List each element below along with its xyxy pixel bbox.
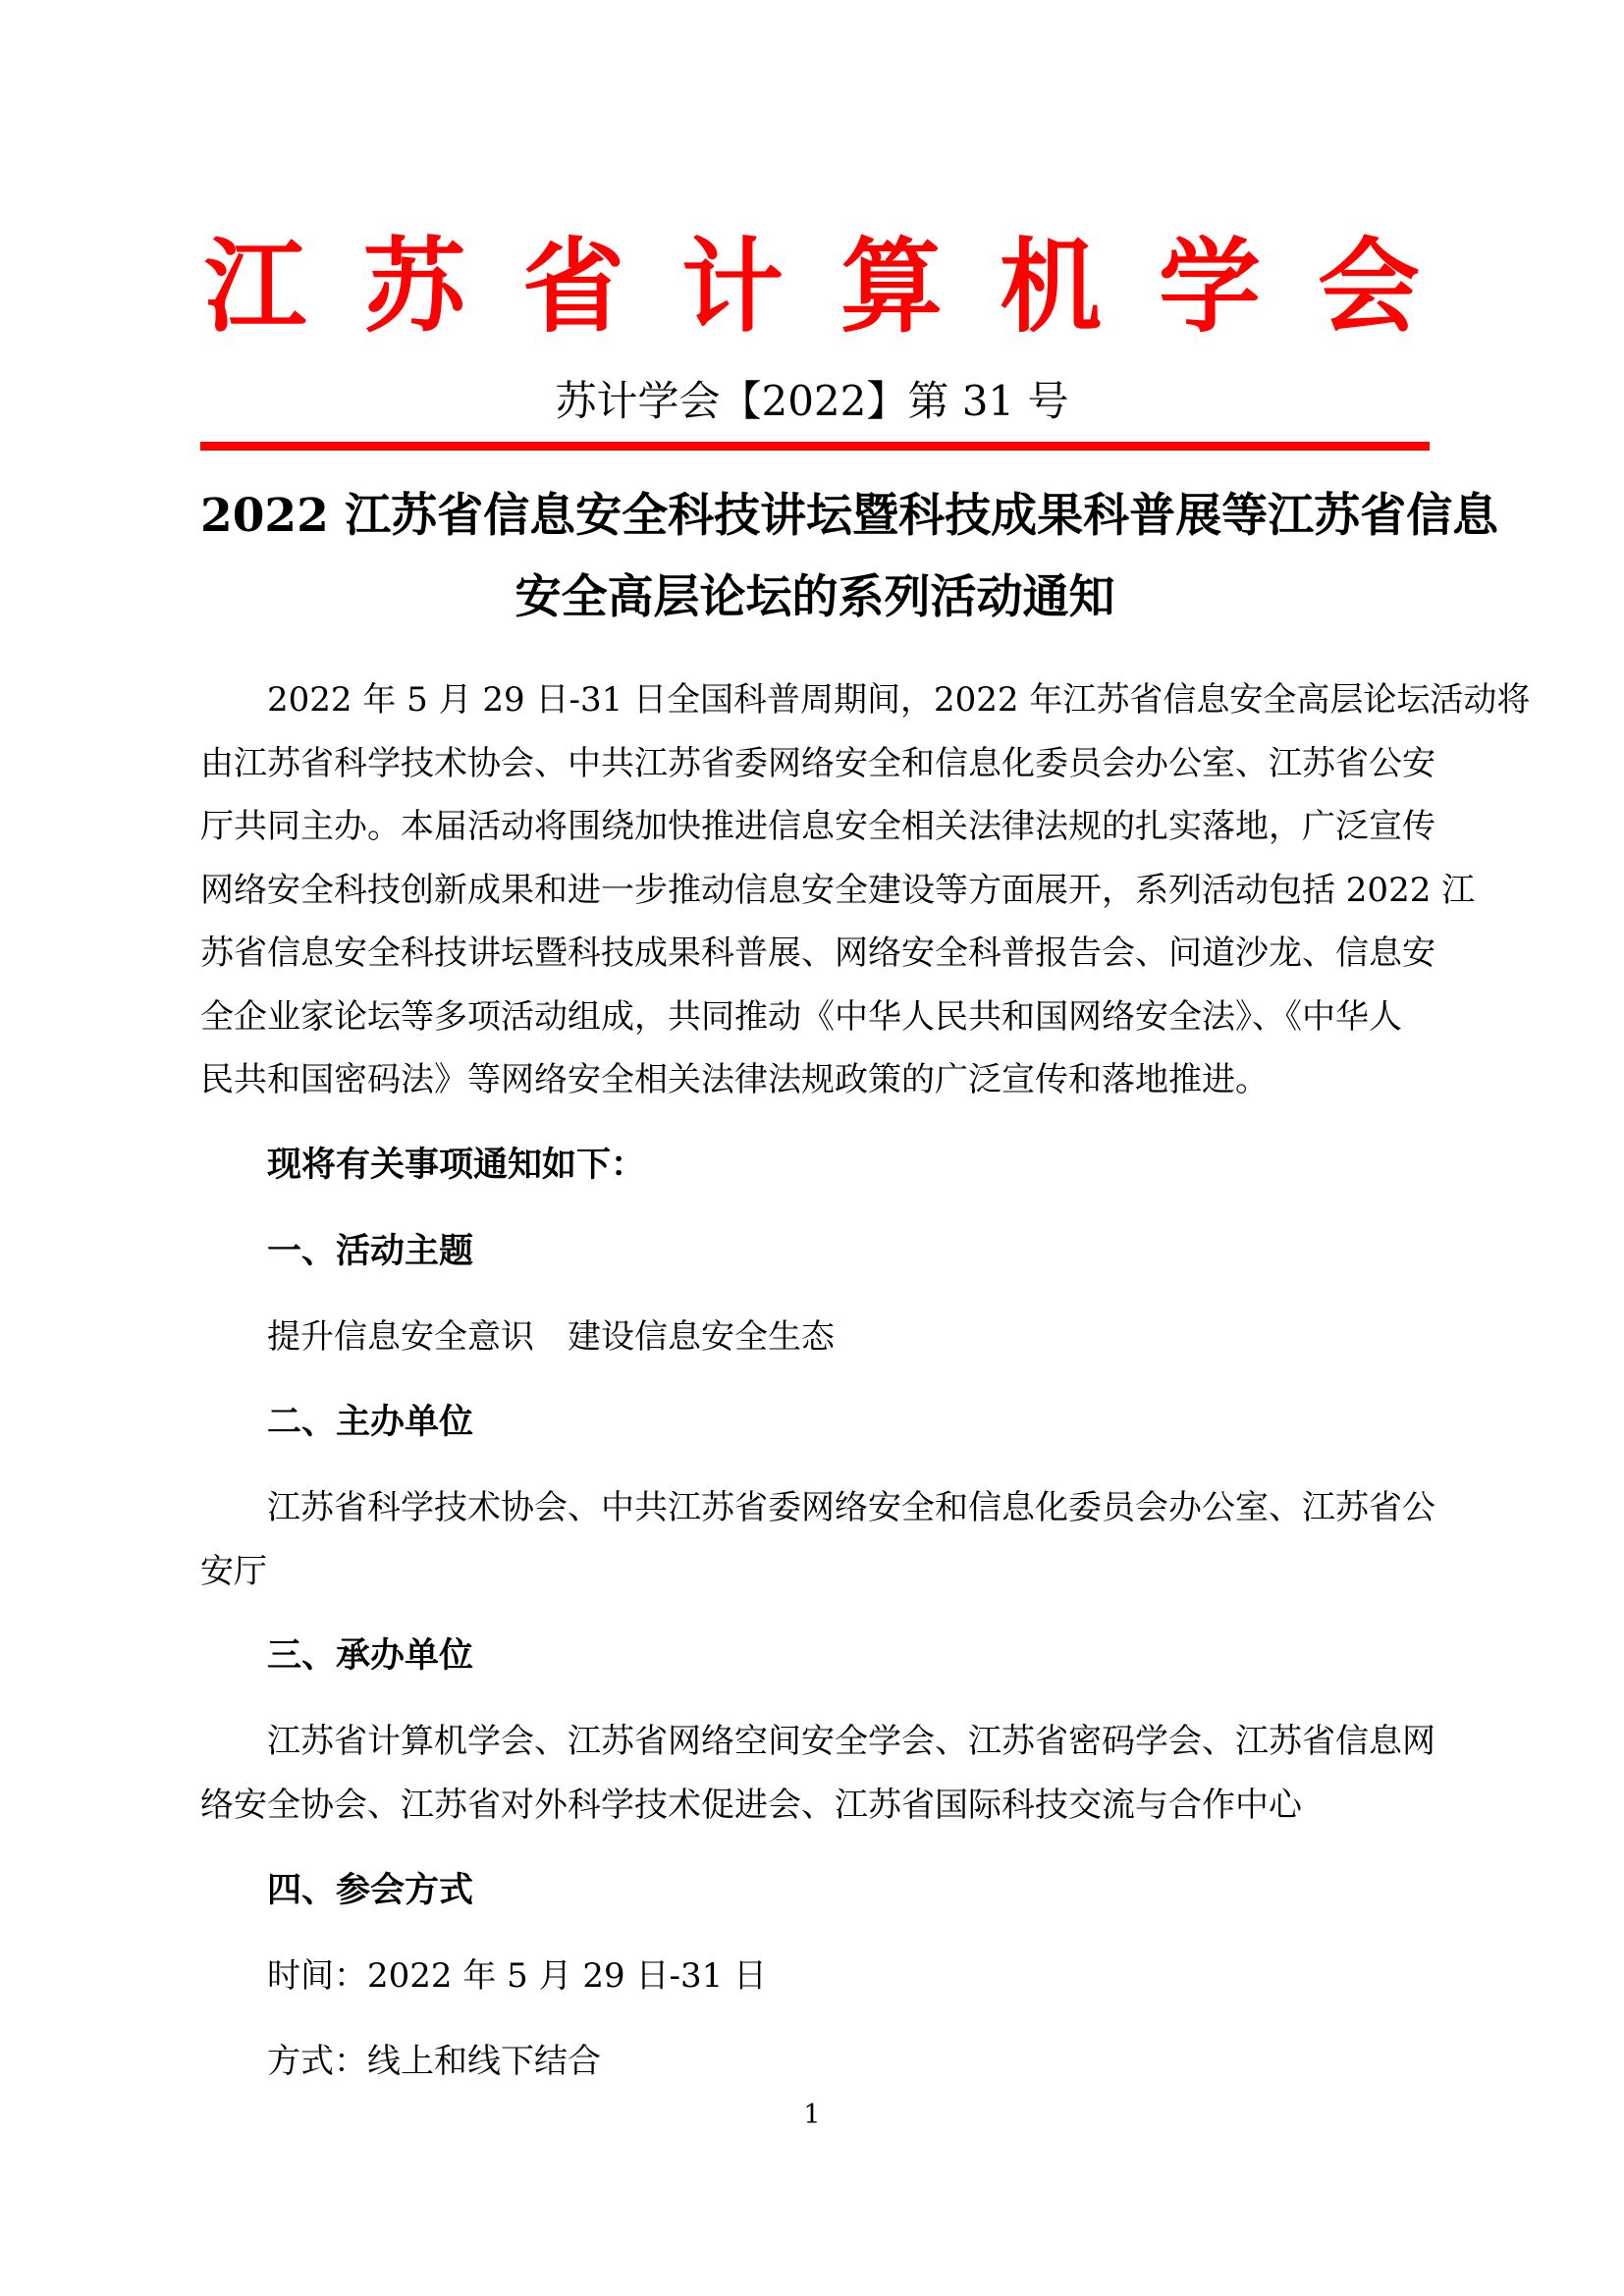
intro-line: 厅共同主办。本届活动将围绕加快推进信息安全相关法律法规的扎实落地，广泛宣传 [200, 795, 1430, 859]
section2-paragraph: 江苏省科学技术协会、中共江苏省委网络安全和信息化委员会办公室、江苏省公 安厅 [200, 1476, 1430, 1603]
section4-time: 时间：2022 年 5 月 29 日-31 日 [267, 1945, 767, 2007]
section1-heading: 一、活动主题 [267, 1220, 473, 1283]
intro-paragraph: 2022 年 5 月 29 日-31 日全国科普周期间，2022 年江苏省信息安… [200, 668, 1430, 1112]
intro-line: 民共和国密码法》等网络安全相关法律法规政策的广泛宣传和落地推进。 [200, 1048, 1430, 1112]
section3-line: 江苏省计算机学会、江苏省网络空间安全学会、江苏省密码学会、江苏省信息网 [200, 1710, 1430, 1774]
section2-line: 安厅 [200, 1540, 1430, 1604]
section2-line: 江苏省科学技术协会、中共江苏省委网络安全和信息化委员会办公室、江苏省公 [200, 1476, 1430, 1540]
section4-heading: 四、参会方式 [267, 1859, 473, 1922]
doc-number: 苏计学会【2022】第 31 号 [0, 375, 1624, 428]
intro-line: 苏省信息安全科技讲坛暨科技成果科普展、网络安全科普报告会、问道沙龙、信息安 [200, 922, 1430, 986]
section3-paragraph: 江苏省计算机学会、江苏省网络空间安全学会、江苏省密码学会、江苏省信息网 络安全协… [200, 1710, 1430, 1837]
org-header-title: 江苏省计算机学会 [0, 233, 1624, 341]
section2-heading: 二、主办单位 [267, 1391, 473, 1454]
section1-theme-text: 提升信息安全意识 建设信息安全生态 [267, 1306, 835, 1368]
intro-line: 由江苏省科学技术协会、中共江苏省委网络安全和信息化委员会办公室、江苏省公安 [200, 732, 1430, 796]
doc-title: 2022 江苏省信息安全科技讲坛暨科技成果科普展等江苏省信息 安全高层论坛的系列… [200, 475, 1430, 638]
notice-lead: 现将有关事项通知如下： [267, 1134, 645, 1197]
intro-line: 2022 年 5 月 29 日-31 日全国科普周期间，2022 年江苏省信息安… [200, 668, 1430, 732]
doc-title-line1: 2022 江苏省信息安全科技讲坛暨科技成果科普展等江苏省信息 [200, 475, 1430, 557]
section3-heading: 三、承办单位 [267, 1625, 473, 1687]
intro-line: 网络安全科技创新成果和进一步推动信息安全建设等方面展开，系列活动包括 2022 … [200, 859, 1430, 923]
red-divider-line [200, 442, 1430, 451]
doc-title-line2: 安全高层论坛的系列活动通知 [200, 557, 1430, 638]
document-page: 江苏省计算机学会 苏计学会【2022】第 31 号 2022 江苏省信息安全科技… [0, 0, 1624, 2296]
section4-mode: 方式：线上和线下结合 [267, 2030, 601, 2093]
intro-line: 全企业家论坛等多项活动组成，共同推动《中华人民共和国网络安全法》、《中华人 [200, 986, 1430, 1049]
section3-line: 络安全协会、江苏省对外科学技术促进会、江苏省国际科技交流与合作中心 [200, 1774, 1430, 1838]
page-number: 1 [0, 2099, 1624, 2132]
